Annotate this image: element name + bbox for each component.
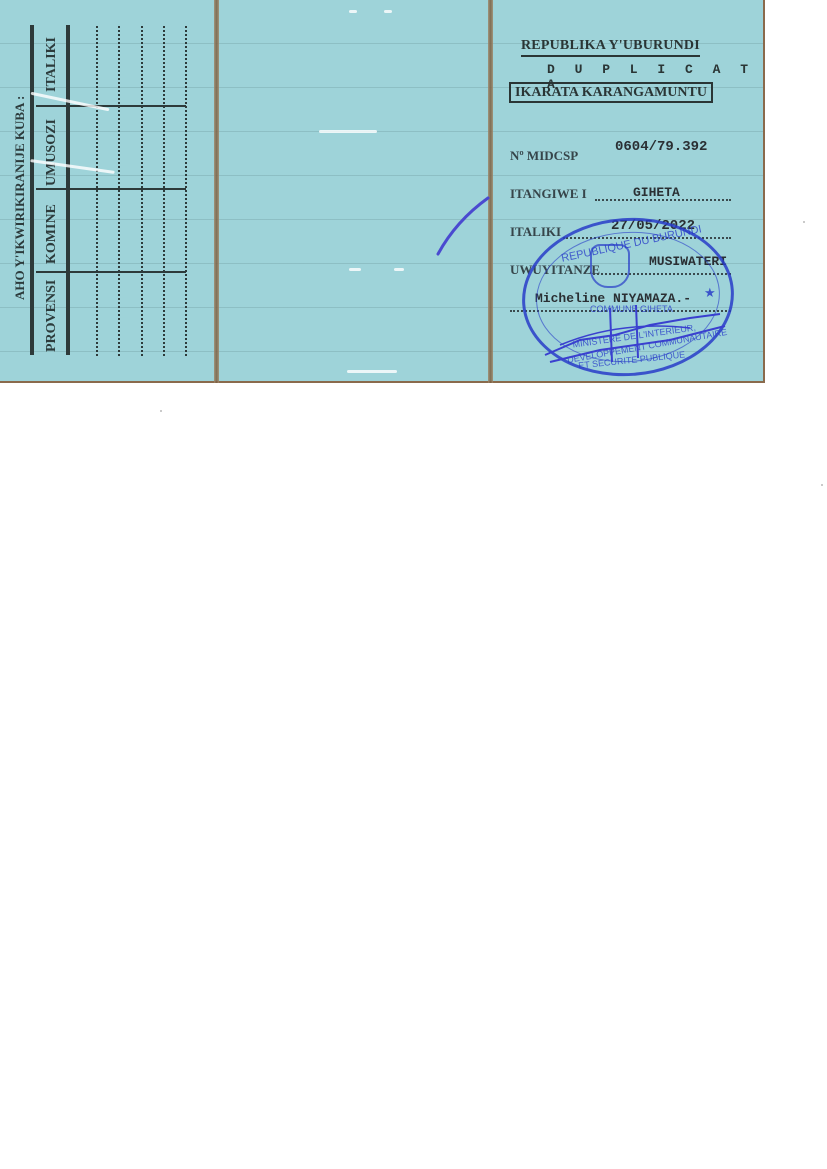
burundi-coat-of-arms-icon <box>590 244 630 288</box>
paper-crease <box>384 10 392 13</box>
column-header-komine: KOMINE <box>44 204 60 264</box>
paper-crease <box>319 130 377 133</box>
issued-at-label: ITANGIWE I <box>510 186 587 202</box>
scan-speck <box>160 410 162 412</box>
table-row <box>185 26 187 356</box>
stamp-star-icon: ★ <box>704 285 716 301</box>
address-history-panel: AHO Y'IKWIRIKIRANIJE KUBA : PROVENSI KOM… <box>0 0 214 383</box>
pen-mark <box>436 196 492 256</box>
blank-middle-panel <box>219 0 488 383</box>
number-value: 0604/79.392 <box>615 139 707 155</box>
table-row <box>141 26 143 356</box>
address-history-heading: AHO Y'IKWIRIKIRANIJE KUBA : <box>12 96 28 300</box>
table-row <box>118 26 120 356</box>
paper-crease <box>30 159 115 174</box>
paper-crease <box>349 10 357 13</box>
scan-speck <box>821 484 823 486</box>
paper-crease <box>347 370 397 373</box>
country-title: REPUBLIKA Y'UBURUNDI <box>521 38 700 57</box>
table-row <box>96 26 98 356</box>
table-border-left <box>30 25 34 355</box>
date-label: ITALIKI <box>510 224 561 240</box>
column-header-provensi: PROVENSI <box>44 280 60 352</box>
table-row <box>163 26 165 356</box>
card-title: IKARATA KARANGAMUNTU <box>509 82 713 103</box>
signature <box>540 300 730 370</box>
scan-speck <box>803 221 805 223</box>
paper-crease <box>349 268 361 271</box>
paper-crease <box>394 268 404 271</box>
issued-at-value: GIHETA <box>633 185 680 200</box>
table-header-divider <box>66 25 70 355</box>
number-label: Nº MIDCSP <box>510 148 578 164</box>
column-header-italiki: ITALIKI <box>44 37 60 92</box>
column-header-umusozi: UMUSOZI <box>44 119 60 186</box>
